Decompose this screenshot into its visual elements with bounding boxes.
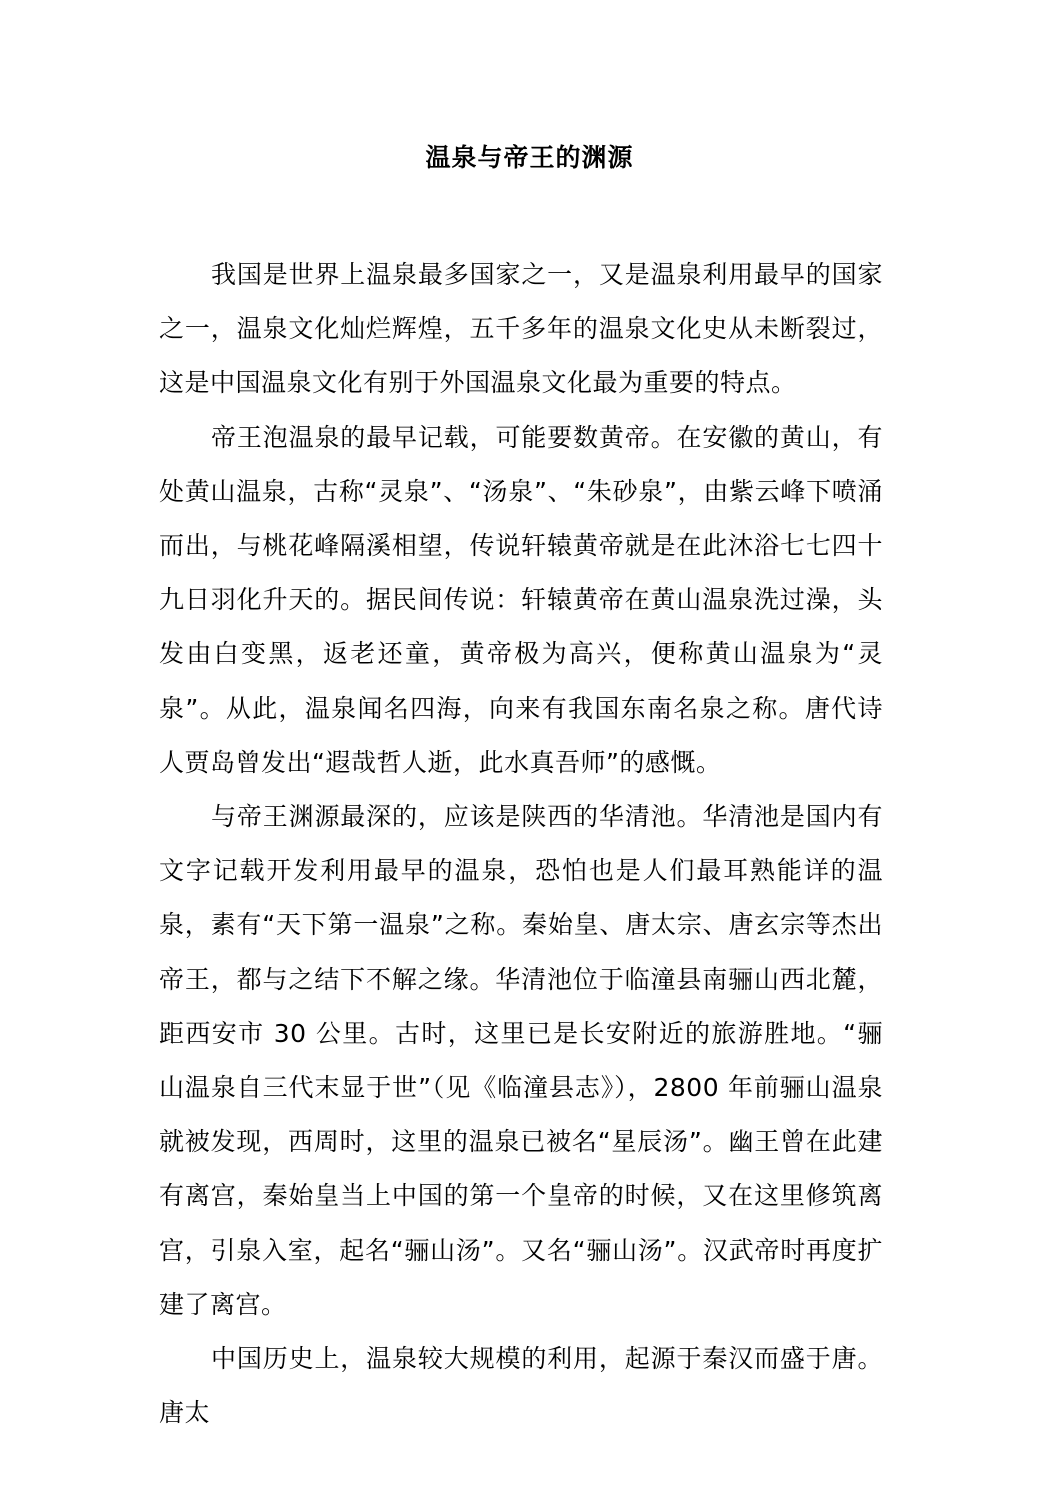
paragraph-1: 我国是世界上温泉最多国家之一，又是温泉利用最早的国家之一，温泉文化灿烂辉煌，五千… (159, 248, 883, 411)
document-page: 温泉与帝王的渊源 我国是世界上温泉最多国家之一，又是温泉利用最早的国家之一，温泉… (0, 0, 1059, 1497)
document-title: 温泉与帝王的渊源 (0, 140, 1059, 176)
paragraph-4: 中国历史上，温泉较大规模的利用，起源于秦汉而盛于唐。唐太 (159, 1332, 883, 1440)
document-body: 我国是世界上温泉最多国家之一，又是温泉利用最早的国家之一，温泉文化灿烂辉煌，五千… (159, 248, 883, 1440)
paragraph-2: 帝王泡温泉的最早记载，可能要数黄帝。在安徽的黄山，有处黄山温泉，古称“灵泉”、“… (159, 411, 883, 790)
paragraph-3: 与帝王渊源最深的，应该是陕西的华清池。华清池是国内有文字记载开发利用最早的温泉，… (159, 790, 883, 1332)
